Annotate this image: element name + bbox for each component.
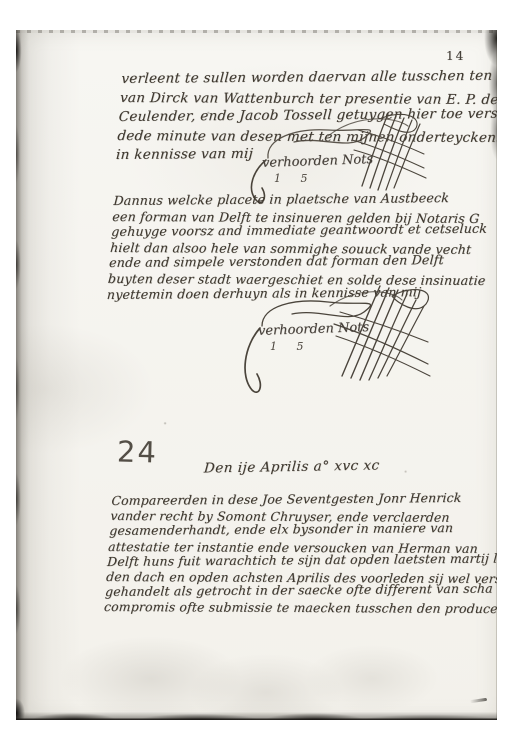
- handwritten-line: compromis ofte submissie te maecken tuss…: [103, 599, 497, 617]
- notary-signature-2: verhoorden Nots 1 5: [230, 290, 445, 390]
- notary-signature-1: verhoorden Nots 1 5: [232, 118, 432, 198]
- folio-number: 14: [446, 49, 465, 63]
- handwritten-line: Delft huns fuit warachtich te sijn dat o…: [107, 550, 497, 569]
- paragraph-2: Dannus welcke placete in plaetsche van A…: [106, 193, 491, 302]
- scan-surround: 14 verleent te sullen worden daervan all…: [0, 0, 512, 754]
- handwritten-line: Compareerden in dese Joe Seventgesten Jo…: [111, 489, 497, 508]
- handwritten-line: gehandelt als getrocht in der saecke oft…: [105, 580, 497, 599]
- act-number: 24: [117, 434, 159, 469]
- handwritten-line: ende and simpele verstonden dat forman d…: [109, 252, 488, 271]
- ink-smudge: [470, 698, 487, 703]
- signature-flourish-and-hatching: [230, 290, 445, 390]
- date-heading: Den ije Aprilis a° xvc xc: [203, 457, 380, 476]
- manuscript-page: 14 verleent te sullen worden daervan all…: [16, 30, 497, 720]
- handwritten-line: gehuyge voorsz and immediate geantwoordt…: [111, 221, 490, 240]
- paragraph-3: Compareerden in dese Joe Seventgesten Jo…: [103, 493, 497, 615]
- handwritten-line: verleent te sullen worden daervan alle t…: [121, 66, 497, 89]
- signature-year-digits: 1 5: [274, 172, 316, 185]
- page-top-edge: [16, 30, 497, 33]
- handwritten-line: gesamenderhandt, ende elx bysonder in ma…: [109, 519, 497, 538]
- handwritten-line: Dannus welcke placete in plaetsche van A…: [113, 190, 492, 209]
- binding-edge-shadow: [16, 30, 29, 720]
- page-bottom-edge: [16, 705, 497, 720]
- signature-year-digits: 1 5: [270, 340, 312, 353]
